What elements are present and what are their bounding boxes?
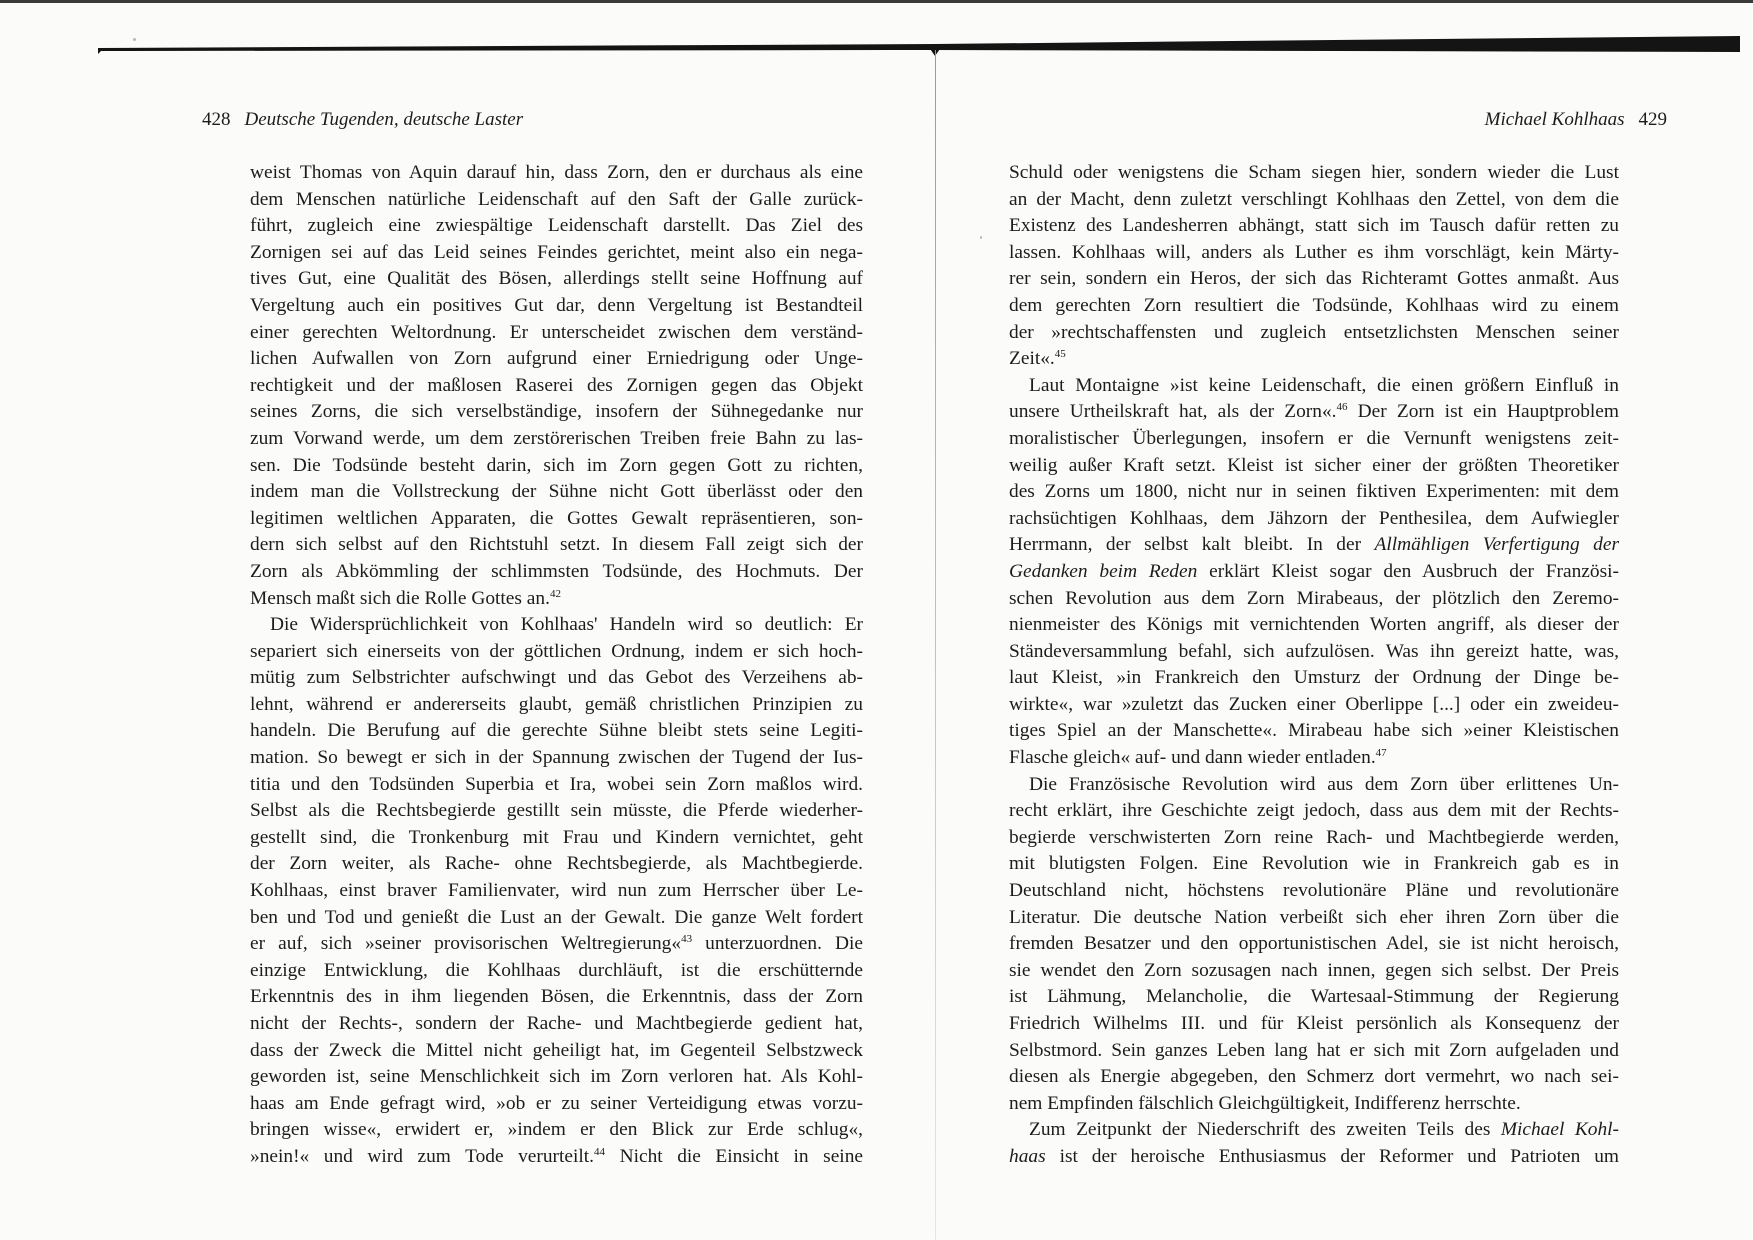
text-line: nienmeister des Königs mit vernichtenden… — [1009, 612, 1619, 639]
line-text: schen Revolution aus dem Zorn Mirabeaus,… — [1009, 588, 1619, 609]
text-line: an der Macht, denn zuletzt verschlingt K… — [1009, 187, 1619, 214]
line-text: tives Gut, eine Qualität des Bösen, alle… — [250, 268, 863, 289]
line-text: begierde verschwisterten Zorn reine Rach… — [1009, 827, 1619, 848]
text-line: bringen wisse«, erwidert er, »indem er d… — [250, 1117, 863, 1144]
text-line: Zum Zeitpunkt der Niederschrift des zwei… — [1009, 1117, 1619, 1144]
line-text: wirkte«, war »zuletzt das Zucken einer O… — [1009, 694, 1619, 715]
text-line: tives Gut, eine Qualität des Bösen, alle… — [250, 266, 863, 293]
text-line: einzige Entwicklung, die Kohlhaas durchl… — [250, 958, 863, 985]
line-text: fremden Besatzer und den opportunistisch… — [1009, 933, 1619, 954]
line-text: nienmeister des Königs mit vernichtenden… — [1009, 614, 1619, 635]
footnote-marker: 47 — [1376, 747, 1387, 759]
line-text: rechtigkeit und der maßlosen Raserei des… — [250, 375, 863, 396]
line-text: geworden ist, seine Menschlichkeit sich … — [250, 1066, 863, 1087]
text-line: geworden ist, seine Menschlichkeit sich … — [250, 1064, 863, 1091]
text-line: tiges Spiel an der Manschette«. Mirabeau… — [1009, 718, 1619, 745]
line-text: recht erklärt, ihre Geschichte zeigt jed… — [1009, 800, 1619, 821]
line-text: ist der heroische Enthusiasmus der Refor… — [1046, 1146, 1619, 1167]
text-line: einer gerechten Weltordnung. Er untersch… — [250, 320, 863, 347]
italic-title: haas — [1009, 1146, 1046, 1167]
text-line: Zorn als Abkömmling der schlimmsten Tods… — [250, 559, 863, 586]
text-line: Laut Montaigne »ist keine Leidenschaft, … — [1009, 373, 1619, 400]
text-line: ist Lähmung, Melancholie, die Wartesaal-… — [1009, 984, 1619, 1011]
italic-title: Gedanken beim Reden — [1009, 561, 1197, 582]
text-line: Friedrich Wilhelms III. und für Kleist p… — [1009, 1011, 1619, 1038]
line-text: dem gerechten Zorn resultiert die Todsün… — [1009, 295, 1619, 316]
text-line: mation. So bewegt er sich in der Spannun… — [250, 745, 863, 772]
text-line: lichen Aufwallen von Zorn aufgrund einer… — [250, 346, 863, 373]
line-text: Der Zorn ist ein Hauptproblem — [1347, 401, 1619, 422]
line-text: Vergeltung auch ein positives Gut dar, d… — [250, 295, 863, 316]
running-head-right: Michael Kohlhaas429 — [1485, 108, 1667, 132]
text-line: des Zorns um 1800, nicht nur in seinen f… — [1009, 479, 1619, 506]
line-text: nicht der Rechts-, sondern der Rache- un… — [250, 1013, 863, 1034]
text-line: mit blutigsten Folgen. Eine Revolution w… — [1009, 851, 1619, 878]
line-text: mation. So bewegt er sich in der Spannun… — [250, 747, 863, 768]
line-text: Mensch maßt sich die Rolle Gottes an. — [250, 588, 550, 609]
text-line: »nein!« und wird zum Tode verurteilt.44 … — [250, 1144, 863, 1171]
text-line: recht erklärt, ihre Geschichte zeigt jed… — [1009, 798, 1619, 825]
text-line: titia und den Todsünden Superbia et Ira,… — [250, 772, 863, 799]
line-text: sie wendet den Zorn sozusagen nach innen… — [1009, 960, 1619, 981]
line-text: einzige Entwicklung, die Kohlhaas durchl… — [250, 960, 863, 981]
text-line: haas ist der heroische Enthusiasmus der … — [1009, 1144, 1619, 1171]
text-line: zum Vorwand werde, um dem zerstörerische… — [250, 426, 863, 453]
text-line: moralistischer Überlegungen, insofern er… — [1009, 426, 1619, 453]
text-line: Zeit«.45 — [1009, 346, 1619, 373]
text-line: schen Revolution aus dem Zorn Mirabeaus,… — [1009, 586, 1619, 613]
line-text: haas am Ende gefragt wird, »ob er zu sei… — [250, 1093, 863, 1114]
left-page: 428Deutsche Tugenden, deutsche Laster we… — [0, 0, 935, 1240]
line-text: unterzuordnen. Die — [692, 933, 863, 954]
line-text: Zornigen sei auf das Leid seines Feindes… — [250, 242, 863, 263]
text-line: Kohlhaas, einst braver Familienvater, wi… — [250, 878, 863, 905]
line-text: weist Thomas von Aquin darauf hin, dass … — [250, 162, 863, 183]
line-text: des Zorns um 1800, nicht nur in seinen f… — [1009, 481, 1619, 502]
line-text: ben und Tod und genießt die Lust an der … — [250, 907, 863, 928]
footnote-marker: 45 — [1055, 348, 1066, 360]
text-line: handeln. Die Berufung auf die gerechte S… — [250, 718, 863, 745]
line-text: bringen wisse«, erwidert er, »indem er d… — [250, 1119, 863, 1140]
text-line: Schuld oder wenigstens die Scham siegen … — [1009, 160, 1619, 187]
text-line: nicht der Rechts-, sondern der Rache- un… — [250, 1011, 863, 1038]
text-line: ben und Tod und genießt die Lust an der … — [250, 905, 863, 932]
text-line: legitimen weltlichen Apparaten, die Gott… — [250, 506, 863, 533]
text-line: Deutschland nicht, höchstens revolutionä… — [1009, 878, 1619, 905]
line-text: ist Lähmung, Melancholie, die Wartesaal-… — [1009, 986, 1619, 1007]
text-line: Gedanken beim Reden erklärt Kleist sogar… — [1009, 559, 1619, 586]
text-line: unsere Urtheilskraft hat, als der Zorn«.… — [1009, 399, 1619, 426]
line-text: mit blutigsten Folgen. Eine Revolution w… — [1009, 853, 1619, 874]
text-line: sie wendet den Zorn sozusagen nach innen… — [1009, 958, 1619, 985]
line-text: Laut Montaigne »ist keine Leidenschaft, … — [1029, 375, 1619, 396]
text-line: rachsüchtigen Kohlhaas, dem Jähzorn der … — [1009, 506, 1619, 533]
text-line: weist Thomas von Aquin darauf hin, dass … — [250, 160, 863, 187]
text-line: gestellt sind, die Tronkenburg mit Frau … — [250, 825, 863, 852]
line-text: »nein!« und wird zum Tode verurteilt. — [250, 1146, 594, 1167]
line-text: indem man die Vollstreckung der Sühne ni… — [250, 481, 863, 502]
footnote-marker: 43 — [681, 933, 692, 945]
line-text: der »rechtschaffensten und zugleich ents… — [1009, 322, 1619, 343]
page-number: 428 — [202, 109, 231, 130]
line-text: handeln. Die Berufung auf die gerechte S… — [250, 720, 863, 741]
line-text: sen. Die Todsünde besteht darin, sich im… — [250, 455, 863, 476]
text-line: mütig zum Selbstrichter aufschwingt und … — [250, 665, 863, 692]
text-line: Ständeversammlung befahl, sich aufzulöse… — [1009, 639, 1619, 666]
line-text: Ständeversammlung befahl, sich aufzulöse… — [1009, 641, 1619, 662]
line-text: tiges Spiel an der Manschette«. Mirabeau… — [1009, 720, 1619, 741]
text-line: separiert sich einerseits von der göttli… — [250, 639, 863, 666]
chapter-title: Michael Kohlhaas — [1485, 109, 1625, 130]
line-text: seines Zorns, die sich verselbständige, … — [250, 401, 863, 422]
line-text: nem Empfinden fälschlich Gleichgültigkei… — [1009, 1093, 1521, 1114]
text-line: dass der Zweck die Mittel nicht geheilig… — [250, 1038, 863, 1065]
text-line: seines Zorns, die sich verselbständige, … — [250, 399, 863, 426]
line-text: laut Kleist, »in Frankreich den Umsturz … — [1009, 667, 1619, 688]
text-line: Literatur. Die deutsche Nation verbeißt … — [1009, 905, 1619, 932]
line-text: titia und den Todsünden Superbia et Ira,… — [250, 774, 863, 795]
text-line: der »rechtschaffensten und zugleich ents… — [1009, 320, 1619, 347]
line-text: Literatur. Die deutsche Nation verbeißt … — [1009, 907, 1619, 928]
line-text: lassen. Kohlhaas will, anders als Luther… — [1009, 242, 1619, 263]
chapter-title: Deutsche Tugenden, deutsche Laster — [245, 109, 524, 130]
text-line: diesen als Energie abgegeben, den Schmer… — [1009, 1064, 1619, 1091]
line-text: Herrmann, der selbst kalt bleibt. In der — [1009, 534, 1375, 555]
line-text: Die Widersprüchlichkeit von Kohlhaas' Ha… — [270, 614, 863, 635]
line-text: lichen Aufwallen von Zorn aufgrund einer… — [250, 348, 863, 369]
running-head-left: 428Deutsche Tugenden, deutsche Laster — [202, 108, 523, 132]
line-text: Erkenntnis des in ihm liegenden Bösen, d… — [250, 986, 863, 1007]
line-text: er auf, sich »seiner provisorischen Welt… — [250, 933, 681, 954]
line-text: Die Französische Revolution wird aus dem… — [1029, 774, 1619, 795]
line-text: Flasche gleich« auf- und dann wieder ent… — [1009, 747, 1376, 768]
italic-title: Allmähligen Verfertigung der — [1375, 534, 1619, 555]
text-line: Vergeltung auch ein positives Gut dar, d… — [250, 293, 863, 320]
line-text: diesen als Energie abgegeben, den Schmer… — [1009, 1066, 1619, 1087]
text-line: Existenz des Landesherren abhängt, statt… — [1009, 213, 1619, 240]
line-text: dern sich selbst auf den Richtstuhl setz… — [250, 534, 863, 555]
footnote-marker: 42 — [550, 588, 561, 600]
text-line: wirkte«, war »zuletzt das Zucken einer O… — [1009, 692, 1619, 719]
text-line: Zornigen sei auf das Leid seines Feindes… — [250, 240, 863, 267]
text-line: dem Menschen natürliche Leidenschaft auf… — [250, 187, 863, 214]
text-line: laut Kleist, »in Frankreich den Umsturz … — [1009, 665, 1619, 692]
line-text: mütig zum Selbstrichter aufschwingt und … — [250, 667, 863, 688]
line-text: Zum Zeitpunkt der Niederschrift des zwei… — [1029, 1119, 1501, 1140]
line-text: dem Menschen natürliche Leidenschaft auf… — [250, 189, 863, 210]
line-text: der Zorn weiter, als Rache- ohne Rechtsb… — [250, 853, 863, 874]
line-text: Deutschland nicht, höchstens revolutionä… — [1009, 880, 1619, 901]
line-text: führt, zugleich eine zwiespältige Leiden… — [250, 215, 863, 236]
text-line: sen. Die Todsünde besteht darin, sich im… — [250, 453, 863, 480]
body-text: weist Thomas von Aquin darauf hin, dass … — [250, 160, 863, 1171]
line-text: Friedrich Wilhelms III. und für Kleist p… — [1009, 1013, 1619, 1034]
text-line: weilig außer Kraft setzt. Kleist ist sic… — [1009, 453, 1619, 480]
line-text: unsere Urtheilskraft hat, als der Zorn«. — [1009, 401, 1336, 422]
line-text: Kohlhaas, einst braver Familienvater, wi… — [250, 880, 863, 901]
line-text: erklärt Kleist sogar den Ausbruch der Fr… — [1197, 561, 1619, 582]
text-line: lassen. Kohlhaas will, anders als Luther… — [1009, 240, 1619, 267]
text-line: Die Widersprüchlichkeit von Kohlhaas' Ha… — [250, 612, 863, 639]
line-text: moralistischer Überlegungen, insofern er… — [1009, 428, 1619, 449]
line-text: Schuld oder wenigstens die Scham siegen … — [1009, 162, 1619, 183]
page-number: 429 — [1639, 109, 1668, 130]
text-line: er auf, sich »seiner provisorischen Welt… — [250, 931, 863, 958]
text-line: nem Empfinden fälschlich Gleichgültigkei… — [1009, 1091, 1619, 1118]
text-line: Selbst als die Rechtsbegierde gestillt s… — [250, 798, 863, 825]
text-line: Flasche gleich« auf- und dann wieder ent… — [1009, 745, 1619, 772]
line-text: Nicht die Einsicht in seine — [605, 1146, 863, 1167]
line-text: an der Macht, denn zuletzt verschlingt K… — [1009, 189, 1619, 210]
text-line: Mensch maßt sich die Rolle Gottes an.42 — [250, 586, 863, 613]
footnote-marker: 44 — [594, 1146, 605, 1158]
line-text: Selbst als die Rechtsbegierde gestillt s… — [250, 800, 863, 821]
text-line: dem gerechten Zorn resultiert die Todsün… — [1009, 293, 1619, 320]
text-line: haas am Ende gefragt wird, »ob er zu sei… — [250, 1091, 863, 1118]
text-line: indem man die Vollstreckung der Sühne ni… — [250, 479, 863, 506]
text-line: begierde verschwisterten Zorn reine Rach… — [1009, 825, 1619, 852]
right-page: Michael Kohlhaas429 Schuld oder wenigste… — [936, 0, 1753, 1240]
line-text: rachsüchtigen Kohlhaas, dem Jähzorn der … — [1009, 508, 1619, 529]
italic-title: Michael Kohl- — [1501, 1119, 1619, 1140]
text-line: der Zorn weiter, als Rache- ohne Rechtsb… — [250, 851, 863, 878]
text-line: lehnt, während er andererseits glaubt, g… — [250, 692, 863, 719]
line-text: Existenz des Landesherren abhängt, statt… — [1009, 215, 1619, 236]
line-text: einer gerechten Weltordnung. Er untersch… — [250, 322, 863, 343]
body-text: Schuld oder wenigstens die Scham siegen … — [1009, 160, 1619, 1171]
line-text: Zeit«. — [1009, 348, 1055, 369]
text-line: rer sein, sondern ein Heros, der sich da… — [1009, 266, 1619, 293]
line-text: rer sein, sondern ein Heros, der sich da… — [1009, 268, 1619, 289]
footnote-marker: 46 — [1336, 401, 1347, 413]
text-line: fremden Besatzer und den opportunistisch… — [1009, 931, 1619, 958]
line-text: separiert sich einerseits von der göttli… — [250, 641, 863, 662]
line-text: lehnt, während er andererseits glaubt, g… — [250, 694, 863, 715]
line-text: weilig außer Kraft setzt. Kleist ist sic… — [1009, 455, 1619, 476]
line-text: legitimen weltlichen Apparaten, die Gott… — [250, 508, 863, 529]
text-line: Selbstmord. Sein ganzes Leben lang hat e… — [1009, 1038, 1619, 1065]
line-text: Selbstmord. Sein ganzes Leben lang hat e… — [1009, 1040, 1619, 1061]
line-text: Zorn als Abkömmling der schlimmsten Tods… — [250, 561, 863, 582]
text-line: Die Französische Revolution wird aus dem… — [1009, 772, 1619, 799]
line-text: zum Vorwand werde, um dem zerstörerische… — [250, 428, 863, 449]
text-line: führt, zugleich eine zwiespältige Leiden… — [250, 213, 863, 240]
line-text: gestellt sind, die Tronkenburg mit Frau … — [250, 827, 863, 848]
line-text: dass der Zweck die Mittel nicht geheilig… — [250, 1040, 863, 1061]
text-line: Herrmann, der selbst kalt bleibt. In der… — [1009, 532, 1619, 559]
text-line: Erkenntnis des in ihm liegenden Bösen, d… — [250, 984, 863, 1011]
text-line: rechtigkeit und der maßlosen Raserei des… — [250, 373, 863, 400]
text-line: dern sich selbst auf den Richtstuhl setz… — [250, 532, 863, 559]
scan-speck — [133, 38, 136, 41]
scan-speck — [980, 236, 982, 239]
